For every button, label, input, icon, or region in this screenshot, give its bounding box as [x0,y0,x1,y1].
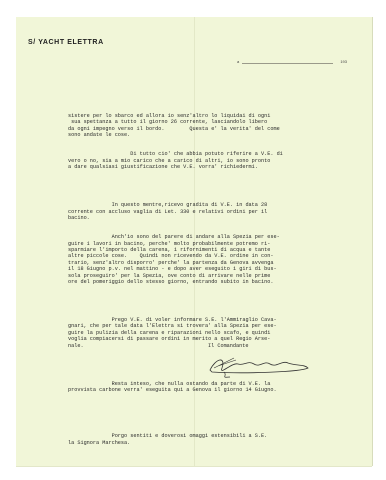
paragraph-2: Di tutto cio' che abbia potuto riferire … [68,151,338,170]
paragraph-6: Resta inteso, che nulla ostando da parte… [68,381,338,394]
paragraph-7: Porgo sentiti e doverosi omaggi estensib… [68,433,338,446]
closing-title: Il Comandante [208,343,248,349]
paragraph-3: In questo mentre,ricevo gradita di V.E. … [68,202,338,221]
spacer [68,406,338,420]
date-line: a 193 [237,58,347,67]
paragraph-4: Anch'io sono del parere di andare alla S… [68,234,338,285]
spacer [68,298,338,304]
paragraph-5: Prego V.E. di voler informare S.E. l'Amm… [68,317,338,349]
date-year: 193 [340,59,347,64]
paragraph-1: sistere per lo sbarco ed allora io senz'… [68,113,338,139]
letterhead-title: S/ YACHT ELETTRA [28,39,104,46]
letter-body: sistere per lo sbarco ed allora io senz'… [68,100,338,452]
date-rule [242,63,333,64]
date-prefix: a [237,59,239,64]
spacer [68,183,338,189]
signature [204,350,314,380]
